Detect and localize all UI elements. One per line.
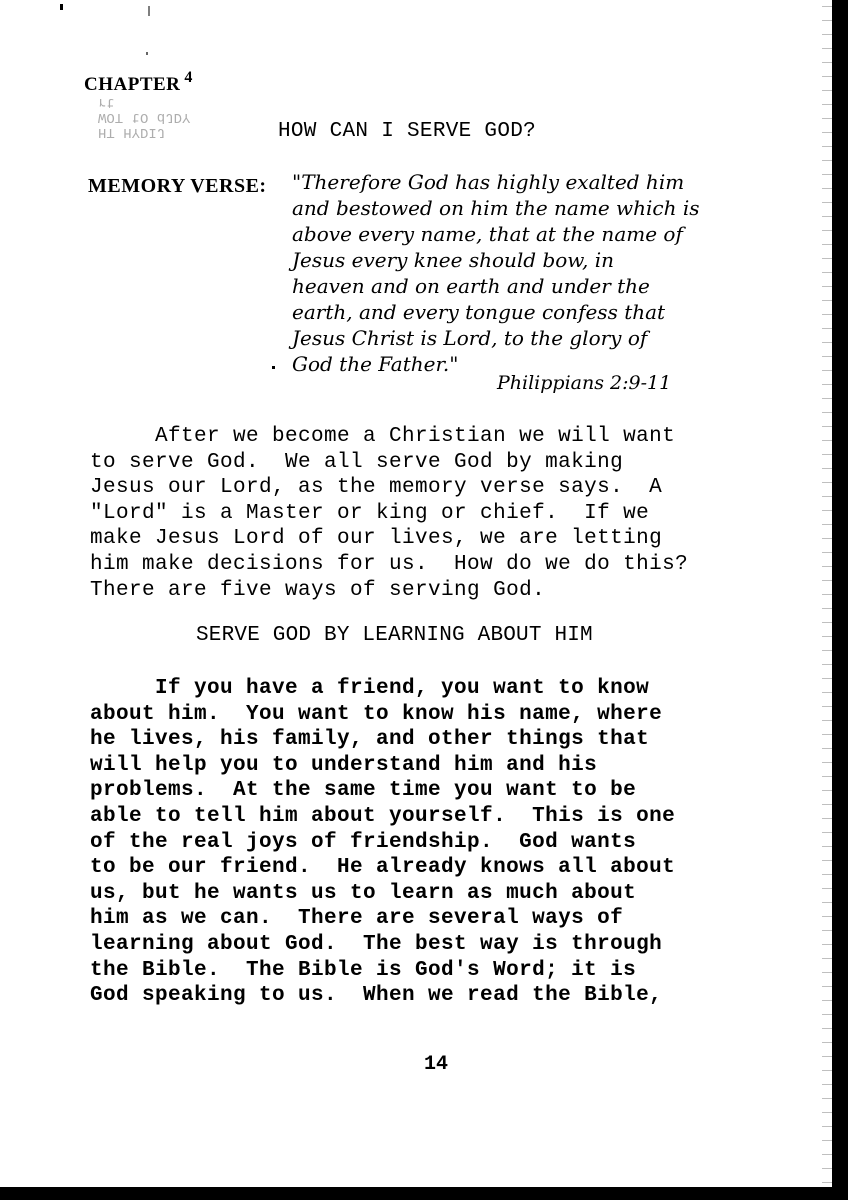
page-number: 14 [424,1053,448,1076]
verse-line: above every name, that at the name of [292,221,772,247]
section-heading: SERVE GOD BY LEARNING ABOUT HIM [196,624,593,647]
text-line: If you have a friend, you want to know [90,676,790,702]
scan-edge-right [832,0,848,1200]
text-line: Jesus our Lord, as the memory verse says… [90,475,790,501]
chapter-heading: CHAPTER4 [84,74,193,96]
scan-speck [60,4,63,10]
chapter-number: 4 [184,69,193,86]
bleed-through-text: HT HYDIJ WOT tO dJDY rt [98,94,268,139]
text-line: him make decisions for us. How do we do … [90,552,790,578]
text-line: he lives, his family, and other things t… [90,727,790,753]
text-line: able to tell him about yourself. This is… [90,804,790,830]
text-line: to serve God. We all serve God by making [90,450,790,476]
scan-speck [272,366,275,369]
text-line: about him. You want to know his name, wh… [90,702,790,728]
bleed-line: HT HYDIJ [98,124,268,139]
scan-speck [146,52,148,55]
verse-line: "Therefore God has highly exalted him [292,169,772,195]
text-line: After we become a Christian we will want [90,424,790,450]
memory-verse-label: MEMORY VERSE: [88,175,267,198]
text-line: of the real joys of friendship. God want… [90,830,790,856]
paragraph-learning: If you have a friend, you want to know a… [90,676,790,1009]
verse-line: Jesus Christ is Lord, to the glory of [292,325,772,351]
text-line: There are five ways of serving God. [90,578,790,604]
chapter-label: CHAPTER [84,74,180,95]
verse-line: earth, and every tongue confess that [292,299,772,325]
scan-edge-bottom [0,1187,848,1200]
text-line: make Jesus Lord of our lives, we are let… [90,526,790,552]
bleed-line: WOT tO dJDY [98,109,268,124]
paragraph-intro: After we become a Christian we will want… [90,424,790,603]
text-line: God speaking to us. When we read the Bib… [90,983,790,1009]
text-line: to be our friend. He already knows all a… [90,855,790,881]
memory-verse-text: "Therefore God has highly exalted him an… [292,169,772,377]
text-line: "Lord" is a Master or king or chief. If … [90,501,790,527]
text-line: him as we can. There are several ways of [90,906,790,932]
text-line: problems. At the same time you want to b… [90,778,790,804]
text-line: us, but he wants us to learn as much abo… [90,881,790,907]
page-title: HOW CAN I SERVE GOD? [278,120,536,143]
verse-line: and bestowed on him the name which is [292,195,772,221]
text-line: learning about God. The best way is thro… [90,932,790,958]
verse-reference: Philippians 2:9-11 [497,372,671,394]
scan-speck [148,6,150,16]
bleed-line: rt [98,94,268,109]
text-line: the Bible. The Bible is God's Word; it i… [90,958,790,984]
text-line: will help you to understand him and his [90,753,790,779]
verse-line: Jesus every knee should bow, in [292,247,772,273]
verse-line: heaven and on earth and under the [292,273,772,299]
